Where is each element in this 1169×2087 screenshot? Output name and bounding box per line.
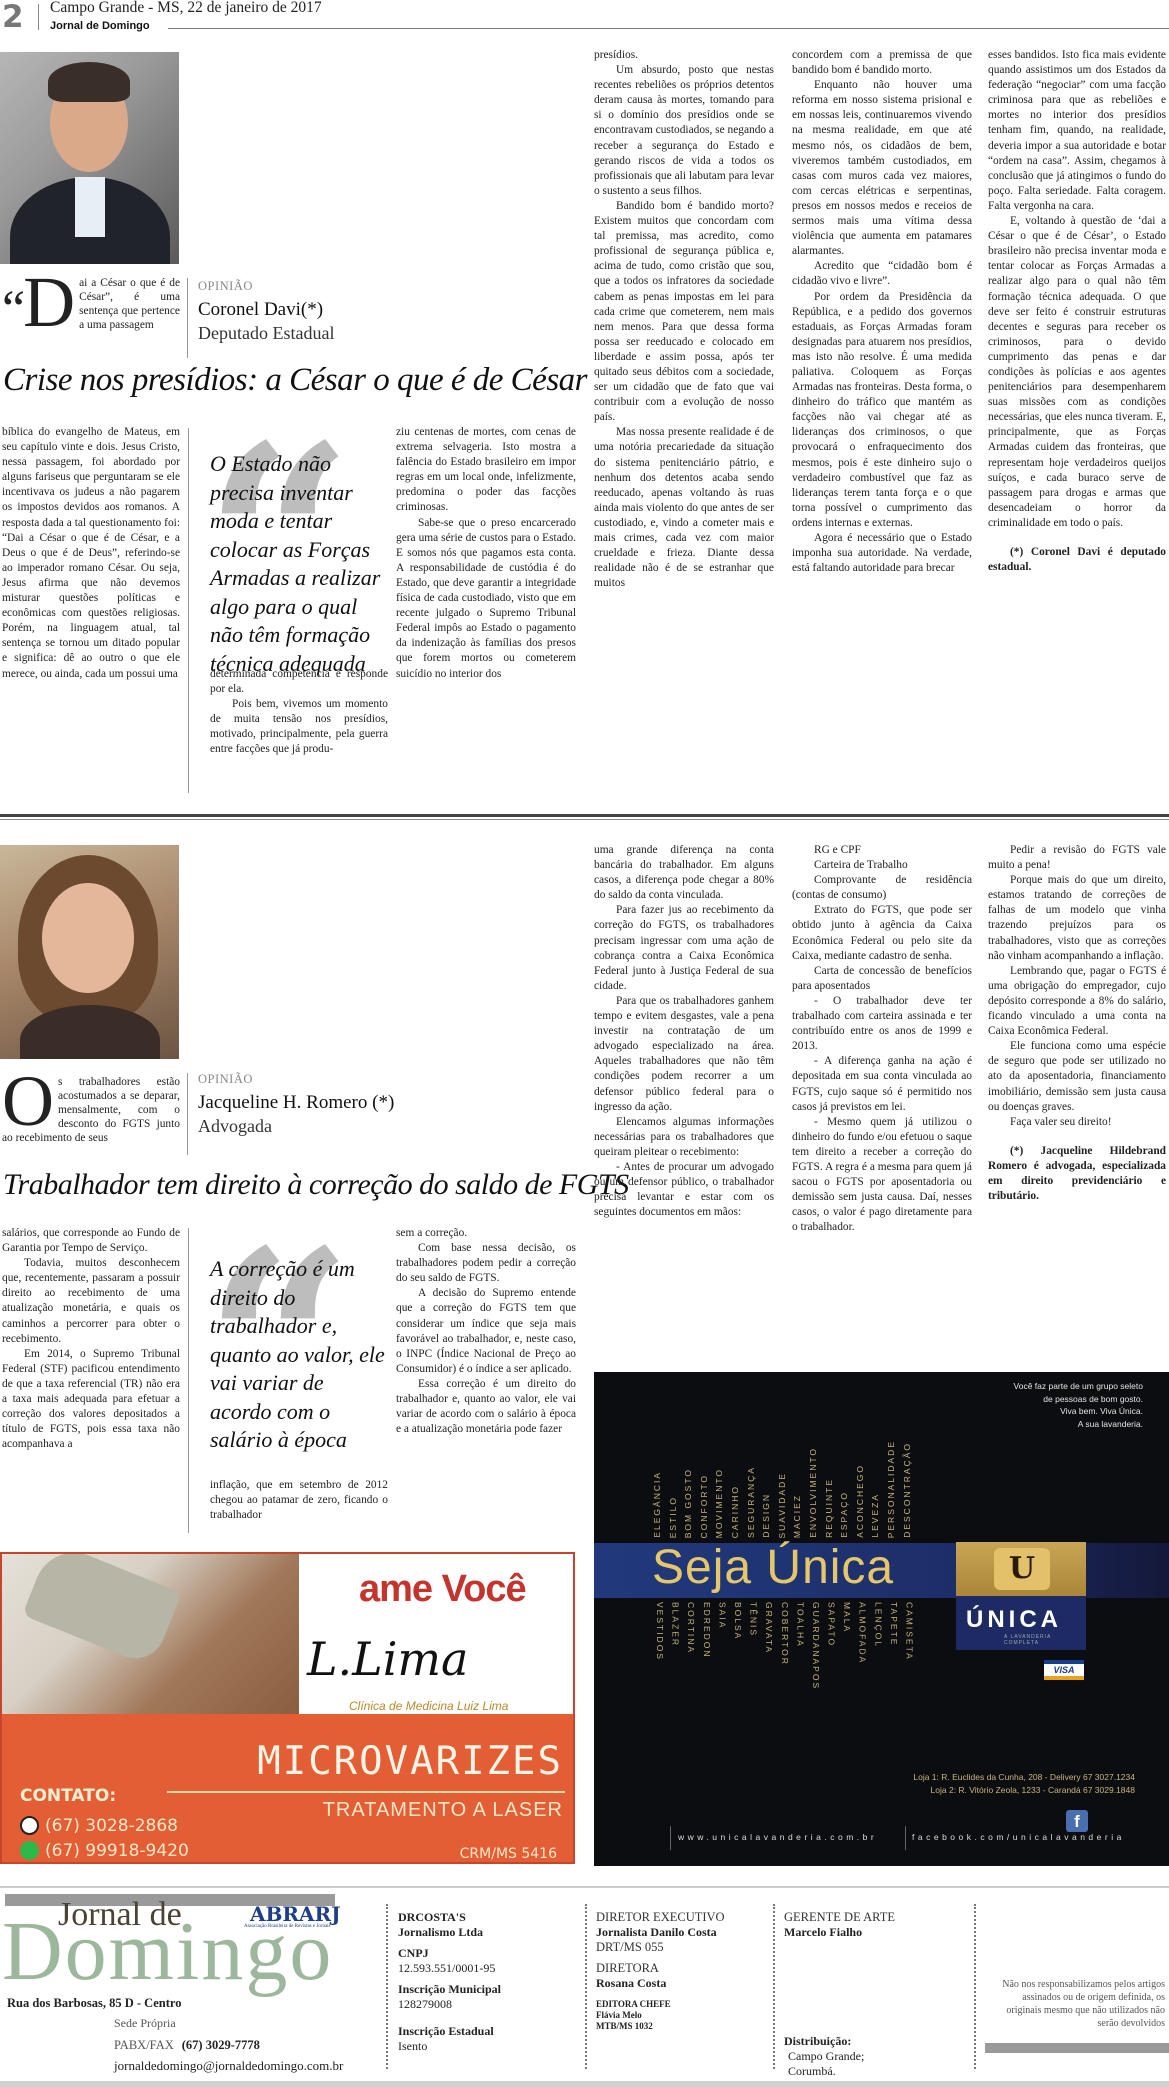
article1-column-2: determinada competência e responde por e… — [210, 667, 388, 758]
clinic-name: Clínica de Medicina Luiz Lima — [349, 1699, 508, 1713]
author-name: Coronel Davi(*) — [198, 299, 334, 321]
section-label: OPINIÃO — [198, 1072, 394, 1087]
crm-number: CRM/MS 5416 — [460, 1846, 557, 1862]
section-rule — [0, 814, 1169, 817]
article2-lead: O s trabalhadores estão acostumados a se… — [2, 1075, 180, 1145]
article2-column-3: sem a correção. Com base nessa decisão, … — [396, 1226, 576, 1437]
author-photo-coronel-davi — [0, 52, 179, 264]
masthead-footer: Domingo Jornal de ABRARJ Associação Bras… — [0, 1886, 1169, 2087]
whatsapp-line[interactable]: (67) 99918-9420 — [20, 1841, 189, 1861]
author-name: Jacqueline H. Romero (*) — [198, 1092, 394, 1114]
divider — [905, 1826, 906, 1850]
ad-unica-lavanderia[interactable]: Você faz parte de um grupo seleto de pes… — [594, 1372, 1169, 1866]
pabx: PABX/FAX(67) 3029-7778 — [114, 2038, 260, 2053]
footer-bar — [985, 2043, 1169, 2053]
dateline: Campo Grande - MS, 22 de janeiro de 2017 — [50, 0, 322, 17]
article2-column-2: inflação, que em setembro de 2012 chegou… — [210, 1478, 388, 1523]
article1-column-1: bíblica do evangelho de Mateus, em seu c… — [2, 425, 180, 682]
article2-column-5: RG e CPF Carteira de Trabalho Comprovant… — [792, 843, 972, 1235]
divider — [386, 1904, 388, 2069]
column-divider — [188, 428, 189, 793]
article1-signature: (*) Coronel Davi é deputado estadual. — [988, 545, 1166, 575]
column-divider — [188, 1228, 189, 1533]
ad-headline: MICROVARIZES — [257, 1739, 563, 1784]
whatsapp-icon — [20, 1841, 39, 1860]
unica-logo: ÚNICA A LAVANDERIA COMPLETA — [956, 1596, 1086, 1650]
facebook-link[interactable]: facebook.com/unicalavanderia — [912, 1832, 1125, 1842]
facebook-icon[interactable]: f — [1066, 1810, 1088, 1832]
contact-label: CONTATO: — [20, 1786, 116, 1806]
logo-jornal-de: Jornal de — [58, 1896, 182, 1934]
author-photo-jacqueline-romero — [0, 845, 179, 1059]
ad-tagline: Você faz parte de um grupo seleto de pes… — [1014, 1380, 1143, 1430]
website-link[interactable]: www.unicalavanderia.com.br — [678, 1832, 877, 1842]
ad-underline — [167, 1791, 565, 1793]
article1-column-6: esses bandidos. Isto fica mais evidente … — [988, 48, 1166, 575]
address: Rua dos Barbosas, 85 D - Centro — [7, 1996, 181, 2011]
phone-line[interactable]: (67) 3028-2868 — [20, 1816, 178, 1836]
byline-divider — [187, 1073, 188, 1155]
laser-treatment-photo — [2, 1554, 299, 1714]
divider — [974, 1904, 976, 2069]
email-link[interactable]: jornaldedomingo@jornaldedomingo.com.br — [114, 2058, 343, 2074]
article1-byline: OPINIÃO Coronel Davi(*) Deputado Estadua… — [198, 279, 334, 344]
page-number: 2 — [2, 2, 24, 32]
ad-orange-band: MICROVARIZES TRATAMENTO A LASER CONTATO:… — [2, 1714, 575, 1864]
divider — [773, 1904, 775, 2069]
section-rule-thin — [0, 819, 1169, 820]
abrarj-logo: ABRARJ — [250, 1902, 341, 1926]
store-2-address: Loja 2: R. Vitório Zeola, 1233 - Carandá… — [931, 1785, 1135, 1795]
article1-pull-quote: “ O Estado não precisa inventar moda e t… — [210, 450, 385, 678]
bottom-word-list: VESTIDOSBLAZERCORTINAEDREDONSAIABOLSATÊN… — [652, 1602, 915, 1690]
article1-column-4: presídios. Um absurdo, posto que nestas … — [594, 48, 774, 591]
header-rule — [168, 28, 1169, 29]
author-role: Deputado Estadual — [198, 323, 334, 344]
article2-column-1: salários, que corresponde ao Fundo de Ga… — [2, 1226, 180, 1452]
author-role: Advogada — [198, 1116, 394, 1137]
lima-logo: L.Lima — [307, 1632, 468, 1686]
article2-column-6: Pedir a revisão do FGTS vale muito a pen… — [988, 843, 1166, 1204]
article2-signature: (*) Jacqueline Hildebrand Romero é advog… — [988, 1144, 1166, 1204]
divider — [670, 1826, 671, 1850]
ad-slogan: Seja Única — [652, 1540, 894, 1595]
header-divider — [38, 4, 39, 30]
unica-emblem: U — [956, 1542, 1086, 1596]
article1-column-5: concordem com a premissa de que bandido … — [792, 48, 972, 576]
article2-byline: OPINIÃO Jacqueline H. Romero (*) Advogad… — [198, 1072, 394, 1137]
article1-lead: “D ai a César o que é de César”, é uma s… — [2, 276, 180, 332]
disclaimer: Não nos responsabilizamos pelos artigos … — [985, 1978, 1165, 2030]
phone-icon — [20, 1816, 39, 1835]
article2-column-4: uma grande diferença na conta bancária d… — [594, 843, 774, 1220]
ad-subheadline: TRATAMENTO A LASER — [323, 1799, 563, 1822]
ad-microvarizes[interactable]: ame Você L.Lima Clínica de Medicina Luiz… — [0, 1552, 575, 1864]
distribution-info: Distribuição: Campo Grande; Corumbá. — [784, 2034, 864, 2079]
article1-column-3: ziu centenas de mortes, com cenas de ext… — [396, 425, 576, 682]
divider — [585, 1904, 587, 2069]
u-logo-icon: U — [994, 1548, 1050, 1590]
top-word-list: ELEGÂNCIAESTILOBOM GOSTOCONFORTOMOVIMENT… — [652, 1440, 915, 1538]
clinic-logo: ame Você L.Lima Clínica de Medicina Luiz… — [299, 1554, 575, 1714]
article2-pull-quote: “ A correção é um direito do trabalhador… — [210, 1255, 385, 1455]
art-info: GERENTE DE ARTE Marcelo Fialho — [784, 1910, 895, 1940]
abrarj-subtitle: Associação Brasileira de Revistas e Jorn… — [244, 1924, 331, 1929]
section-label: OPINIÃO — [198, 279, 334, 294]
paper-name: Jornal de Domingo — [50, 20, 150, 32]
sede: Sede Própria — [114, 2016, 176, 2031]
visa-card-icon: VISA — [1044, 1660, 1084, 1680]
directors-info: DIRETOR EXECUTIVO Jornalista Danilo Cost… — [596, 1910, 725, 2032]
byline-divider — [187, 278, 188, 358]
company-info: DRCOSTA'S Jornalismo Ltda CNPJ 12.593.55… — [398, 1910, 501, 2054]
store-1-address: Loja 1: R. Euclides da Cunha, 208 - Deli… — [913, 1772, 1135, 1782]
ame-voce-logo: ame Você — [359, 1568, 526, 1611]
